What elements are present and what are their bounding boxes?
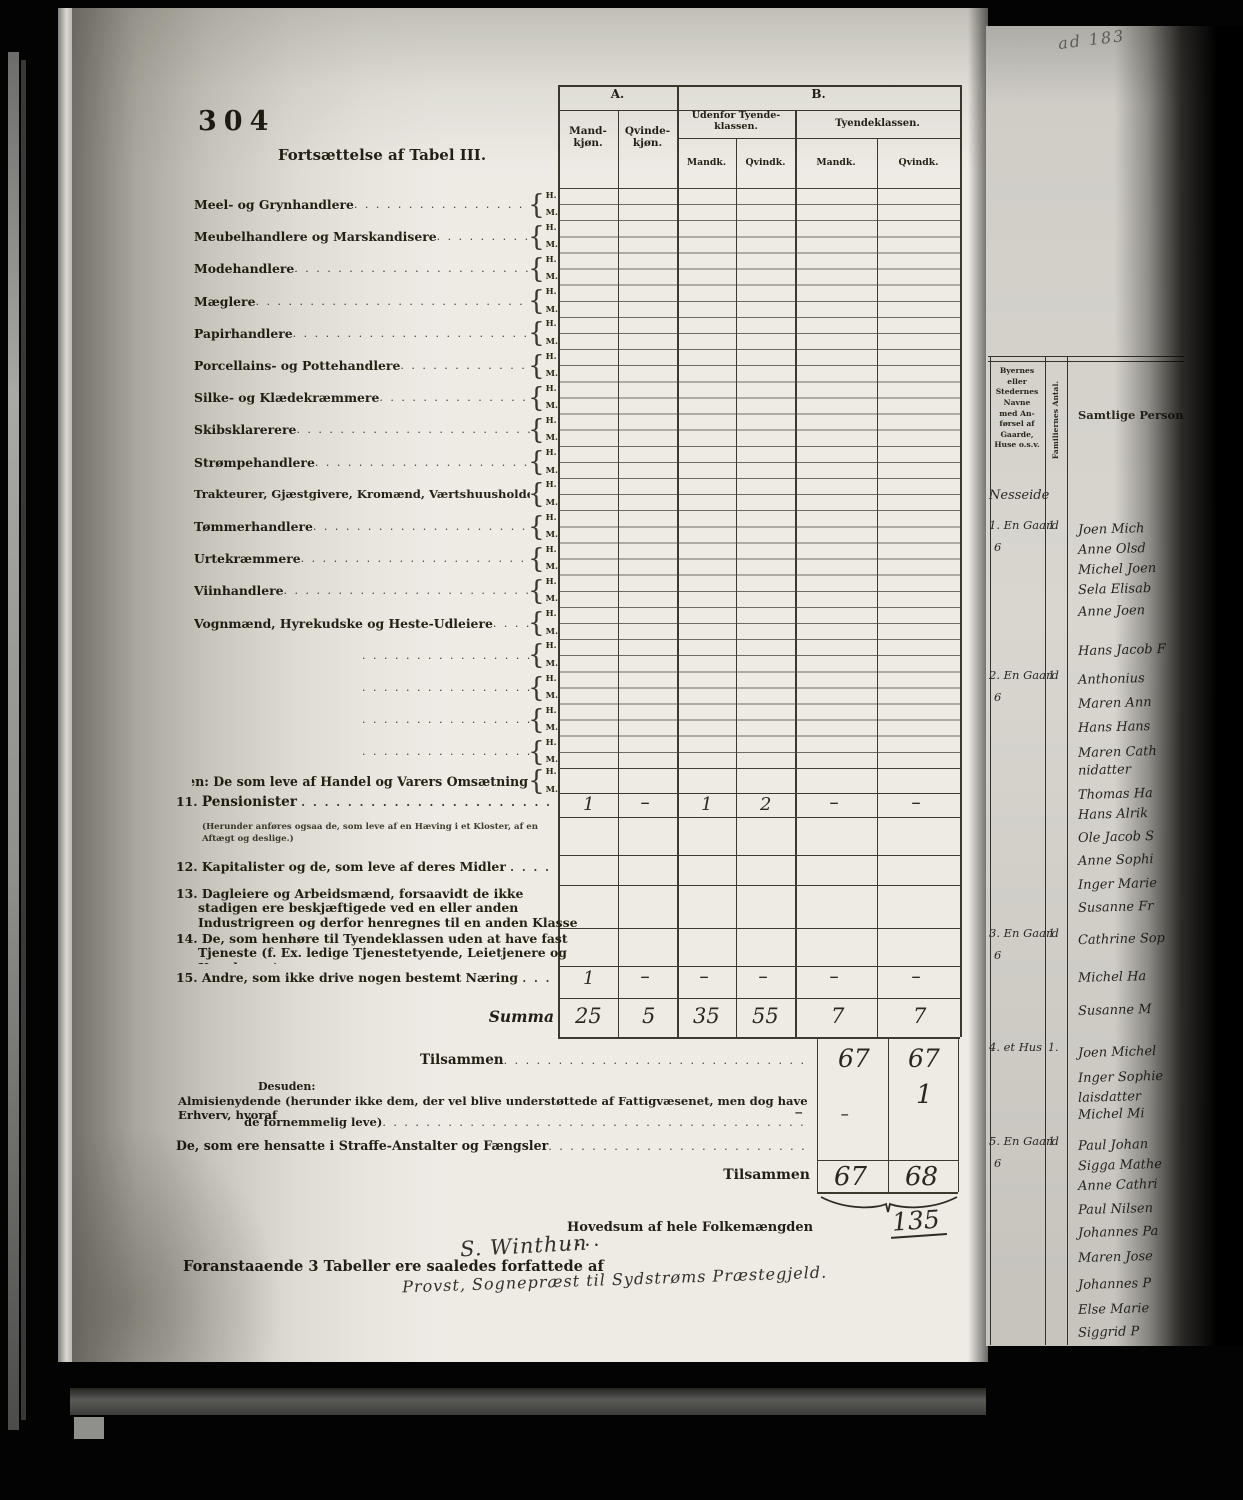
dotted-leader [284,584,530,597]
dotted-leader [294,262,530,275]
right-col-families-header: Familiernes Antal. [1044,364,1067,476]
trade-table-row: Porcellains- og Pottehandlere { H.M. [72,349,558,382]
place-label: 2. En Gaard [989,668,1047,682]
row-14-tyendeklassen: 14. De, som henhøre til Tyendeklassen ud… [176,932,580,964]
trade-table-row: Strømpehandlere { H.M. [72,446,558,479]
cell-value-row15-col3: - [758,966,768,987]
dotted-leader [379,391,530,404]
dotted-leader [548,1140,812,1153]
hm-bracket: { H.M. [528,479,558,509]
trade-table-row: Vognmænd, Hyrekudske og Heste-Udleiere {… [72,607,558,640]
resident-name: Maren Cath [1078,744,1157,761]
dotted-leader [313,520,530,533]
hm-bracket: { H.M. [528,254,558,284]
trade-row-label: Strømpehandlere [194,455,315,470]
column-group-a-label: A. [558,88,677,101]
cell-value-row11-col3: 2 [760,794,771,815]
mark-m: M. [546,306,558,315]
trade-row-label: Porcellains- og Pottehandlere [194,358,400,373]
table-row-rules [558,188,960,769]
cell-value-summa-col0: 25 [575,1004,602,1028]
row-11-note: (Herunder anføres ogsaa de, som leve af … [202,822,550,845]
previous-page-edge [58,8,73,1362]
cell-value-row15-col0: 1 [583,968,594,989]
mark-h: H. [546,642,558,651]
desuden-label: Desuden: [258,1080,315,1093]
almisse-line2-row: de fornemmelig leve) [244,1115,812,1129]
hovedsum-label: Hovedsum af hele Folkemængden . . . . [567,1220,817,1250]
resident-name: Anne Cathri [1078,1177,1158,1194]
subcolumn-mandk-label-2: Mandk. [795,158,877,168]
mark-h: H. [546,578,558,587]
hm-bracket: { H.M. [528,512,558,542]
right-col-persons-header: Samtlige Person [1078,408,1184,422]
hm-bracket: { H.M. [528,190,558,220]
left-page-scan: 304 Fortsættelse af Tabel III. A. B. Man… [72,8,988,1362]
right-col-places-header: Byernes eller Stedernes Navne med An- fø… [990,366,1044,451]
resident-name: Anne Joen [1078,603,1145,620]
hm-bracket: { H.M. [528,640,558,670]
resident-name: Ole Jacob S [1078,829,1154,846]
trade-table-row: Modehandlere { H.M. [72,252,558,285]
grid-line [677,138,960,139]
subcolumn-mandk-label-1: Mandk. [677,158,736,168]
cell-value-row15-col2: - [699,966,709,987]
trade-row-label: Meel- og Grynhandlere [194,197,354,212]
row-label: Pensionister [202,795,297,810]
trade-table-row: Papirhandlere { H.M. [72,317,558,350]
family-count: 1. [1048,1041,1059,1054]
trade-table-row: Meubelhandlere og Marskandisere { H.M. [72,220,558,253]
resident-name: Anthonius [1078,671,1145,688]
signature-name: S. Winthun [459,1231,588,1262]
hm-bracket: { H.M. [528,286,558,316]
straffe-row: De, som ere hensatte i Straffe-Anstalter… [176,1138,812,1153]
mark-m: M. [546,660,558,669]
family-count: 1. [1048,519,1059,532]
district-name: Nesseide [989,488,1047,503]
mark-h: H. [546,417,558,426]
trade-row-label: Papirhandlere [194,326,293,341]
hm-bracket: { H.M. [528,383,558,413]
resident-name: Joen Mich [1078,521,1145,538]
trade-row-label: Meubelhandlere og Marskandisere [194,229,437,244]
trade-row-label: Silke- og Klædekræmmere [194,390,379,405]
resident-name: Hans Hans [1078,719,1151,736]
column-udenfor-tyendeklassen-label: Udenfor Tyende- klassen. [677,111,795,132]
place-label: 5. En Gaard [989,1134,1047,1148]
mark-m: M. [546,628,558,637]
grid-line [888,1037,889,1192]
dotted-leader [362,713,530,726]
trade-row-label: Tømmerhandlere [194,519,313,534]
grid-line [817,1037,818,1192]
resident-name: Inger Marie [1078,876,1157,893]
trade-tilsammen-label: Tilsammen: De som leve af Handel og Vare… [192,774,528,789]
row-number: 14. [176,932,198,946]
resident-name: Susanne Fr [1078,899,1154,916]
page-title: Fortsættelse af Tabel III. [242,146,522,164]
cell-value-summa-col4: 7 [831,1004,844,1028]
dotted-leader [504,1054,812,1067]
tilsammen1-value-2: 67 [908,1044,940,1073]
mark-h: H. [546,385,558,394]
resident-name: Susanne M [1078,1002,1152,1019]
book-bottom-edge [70,1388,986,1415]
trade-table-row: { H.M. [72,735,558,768]
cell-value-row15-col4: - [829,966,839,987]
trade-table-row: Tømmerhandlere { H.M. [72,510,558,543]
dotted-leader [354,198,530,211]
mark-h: H. [546,610,558,619]
summa-label: Summa [452,1007,554,1026]
tilsammen1-label-text: Tilsammen [420,1052,504,1068]
trade-row-label: Vognmænd, Hyrekudske og Heste-Udleiere [194,616,493,631]
dotted-leader [255,295,530,308]
mark-m: M. [546,434,558,443]
row-number: 12. [176,860,198,874]
mark-h: H. [546,707,558,716]
family-count: 1. [1048,669,1059,682]
mark-h: H. [546,675,558,684]
trade-row-label: Modehandlere [194,261,294,276]
mark-h: H. [546,320,558,329]
place-label: 1. En Gaard [989,518,1047,532]
resident-name: Sela Elisab [1078,581,1152,598]
mark-h: H. [546,224,558,233]
mark-h: H. [546,449,558,458]
trade-table-row: Viinhandlere { H.M. [72,574,558,607]
trade-row-label: Skibsklarerere [194,422,296,437]
trade-table-row: Meel- og Grynhandlere { H.M. [72,188,558,221]
trade-row-label: Trakteurer, Gjæstgivere, Kromænd, Værtsh… [194,488,530,501]
mark-h: H. [546,353,558,362]
row-12-kapitalister: 12. Kapitalister og de, som leve af dere… [176,860,558,878]
resident-name: Maren Jose [1078,1249,1153,1266]
resident-name: Maren Ann [1078,695,1152,712]
almisse-value: 1 [916,1080,933,1110]
book-photograph: 304 Fortsættelse af Tabel III. A. B. Man… [0,0,1243,1500]
trade-table-row: Silke- og Klædekræmmere { H.M. [72,381,558,414]
hovedsum-value: 135 [889,1204,947,1239]
bottom-paper-chip [74,1417,104,1439]
row-13-dagleiere: 13. Dagleiere og Arbeidsmænd, forsaavidt… [176,887,580,932]
resident-name: Paul Nilsen [1078,1201,1153,1218]
hm-bracket: { H.M. [528,705,558,735]
mark-h: H. [546,288,558,297]
mark-m: M. [546,756,558,765]
dotted-leader [437,230,530,243]
grid-line [960,85,962,1037]
cell-value-row11-col4: - [829,792,839,813]
trade-table-row: Trakteurer, Gjæstgivere, Kromænd, Værtsh… [72,478,558,511]
subcolumn-qvindk-label-2: Qvindk. [877,158,960,168]
mark-m: M. [546,370,558,379]
hm-bracket: { H.M. [528,544,558,574]
resident-name: Thomas Ha [1078,786,1153,803]
row-label: Andre, som ikke drive nogen bestemt Næri… [202,971,518,985]
mark-m: M. [546,467,558,476]
trade-table-row: Mæglere { H.M. [72,285,558,318]
grid-line [1045,356,1046,1345]
mark-m: M. [546,273,558,282]
page-number: 304 [198,106,275,137]
trade-tilsammen-row: Tilsammen: De som leve af Handel og Vare… [192,768,558,794]
mark-m: M. [546,724,558,733]
mark-m: M. [546,786,558,795]
trade-table-row: { H.M. [72,639,558,672]
hm-bracket: { H.M. [528,318,558,348]
hm-bracket: { H.M. [528,351,558,381]
row-label: Dagleiere og Arbeidsmænd, forsaavidt de … [198,887,578,930]
resident-name: nidatter [1078,762,1131,778]
tilsammen1-value-1: 67 [838,1044,870,1073]
cell-value-row15-col5: - [911,966,921,987]
place-label: 4. et Hus [989,1040,1047,1054]
trade-table-row: { H.M. [72,703,558,736]
resident-name: Else Marie [1078,1301,1150,1318]
tilsammen2-value-2: 68 [905,1162,938,1192]
cell-value-summa-col5: 7 [913,1004,926,1028]
cell-value-row11-col5: - [911,792,921,813]
grid-line [1067,356,1068,1345]
resident-name: Sigga Mathe [1078,1157,1162,1174]
trade-table-row: { H.M. [72,671,558,704]
resident-name: Johannes Pa [1078,1224,1159,1241]
place-sub-number: 6 [994,948,1052,962]
resident-name: Inger Sophie [1078,1069,1164,1086]
mark-h: H. [546,481,558,490]
dotted-leader [382,1116,812,1129]
column-tyendeklassen-label: Tyendeklassen. [795,118,960,129]
resident-name: Siggrid P [1078,1324,1140,1341]
trade-row-label: Viinhandlere [194,583,284,598]
families-header-text: Familiernes Antal. [1051,381,1060,459]
grid-line [988,361,1184,362]
cell-value-row11-col1: - [640,792,650,813]
resident-name: Michel Mi [1078,1106,1145,1123]
mark-m: M. [546,241,558,250]
hm-bracket: { H.M. [528,673,558,703]
dotted-leader [296,423,530,436]
subcolumn-qvindk-label-1: Qvindk. [736,158,795,168]
cell-value-summa-col1: 5 [642,1004,655,1028]
resident-name: Paul Johan [1078,1137,1148,1154]
cell-value-row11-col0: 1 [583,794,594,815]
mark-h: H. [546,768,558,777]
mark-h: H. [546,192,558,201]
cell-value-row11-col2: 1 [701,794,712,815]
grid-line [558,1037,960,1039]
mark-h: H. [546,739,558,748]
column-qvindekjon-label: Qvinde- kjøn. [618,126,677,150]
mark-m: M. [546,531,558,540]
cell-value-row15-col1: - [640,966,650,987]
hm-bracket: { H.M. [528,415,558,445]
resident-name: laisdatter [1078,1089,1142,1106]
trade-table-row: Urtekræmmere { H.M. [72,542,558,575]
book-edge-strip [8,52,19,1430]
cell-value-summa-col2: 35 [693,1004,720,1028]
resident-name: Hans Alrik [1078,806,1148,823]
mark-m: M. [546,563,558,572]
mark-h: H. [546,546,558,555]
row-number: 11. [176,795,198,809]
hm-bracket: { H.M. [528,222,558,252]
dotted-leader [362,649,530,662]
gutter-shadow [968,8,988,1362]
cell-value-summa-col3: 55 [752,1004,779,1028]
column-group-b-label: B. [677,88,960,101]
almisse-dash-2: - [840,1104,849,1123]
dotted-leader [362,681,530,694]
row-11-pensionister: 11. Pensionister [176,795,558,813]
resident-name: Johannes P [1078,1276,1152,1293]
resident-name: Cathrine Sop [1078,931,1165,948]
grid-line [990,356,991,1345]
book-edge-strip-dark [21,60,26,1420]
resident-name: Anne Olsd [1078,541,1146,558]
hm-bracket: { H.M. [528,608,558,638]
row-15-andre: 15. Andre, som ikke drive nogen bestemt … [176,971,558,989]
column-mandkjon-label: Mand- kjøn. [558,126,618,150]
mark-m: M. [546,209,558,218]
place-label: 3. En Gaard [989,926,1047,940]
mark-h: H. [546,256,558,265]
resident-name: Michel Ha [1078,969,1147,986]
trade-row-label: Mæglere [194,294,255,309]
grid-line [958,1037,959,1192]
row-label: De, som henhøre til Tyendeklassen uden a… [198,932,568,964]
mark-m: M. [546,338,558,347]
trade-row-label: Urtekræmmere [194,551,301,566]
family-count: 1. [1048,927,1059,940]
tilsammen1-row: Tilsammen [420,1052,812,1068]
mark-m: M. [546,499,558,508]
right-page-scan: ad 183 Byernes eller Stedernes Navne med… [986,26,1243,1346]
resident-name: Hans Jacob F [1078,642,1166,659]
tilsammen2-label: Tilsammen [630,1167,810,1183]
hm-bracket: { H.M. [528,576,558,606]
dotted-leader [400,359,530,372]
trade-table-row: Skibsklarerere { H.M. [72,413,558,446]
row-label: Kapitalister og de, som leve af deres Mi… [202,860,506,874]
straffe-label: De, som ere hensatte i Straffe-Anstalter… [176,1138,548,1153]
mark-m: M. [546,402,558,411]
resident-name: Michel Joen [1078,561,1157,578]
family-count: 1. [1048,1135,1059,1148]
resident-name: Anne Sophi [1078,852,1154,869]
dotted-leader [301,552,530,565]
corner-annotation: ad 183 [1057,26,1126,53]
mark-h: H. [546,514,558,523]
mark-m: M. [546,595,558,604]
hm-bracket: { H.M. [528,447,558,477]
resident-name: Joen Michel [1078,1044,1157,1061]
dotted-leader [293,327,530,340]
dotted-leader [362,745,530,758]
place-sub-number: 6 [994,690,1052,704]
place-sub-number: 6 [994,540,1052,554]
dotted-leader [315,456,530,469]
hm-bracket: { H.M. [528,737,558,767]
almisse-line2: de fornemmelig leve) [244,1115,382,1129]
place-sub-number: 6 [994,1156,1052,1170]
mark-m: M. [546,692,558,701]
grid-line [988,356,1184,357]
row-number: 13. [176,887,198,901]
tilsammen2-value-1: 67 [834,1162,867,1192]
dotted-leader [493,617,530,630]
row-number: 15. [176,971,198,985]
hm-bracket: { H.M. [528,766,558,796]
